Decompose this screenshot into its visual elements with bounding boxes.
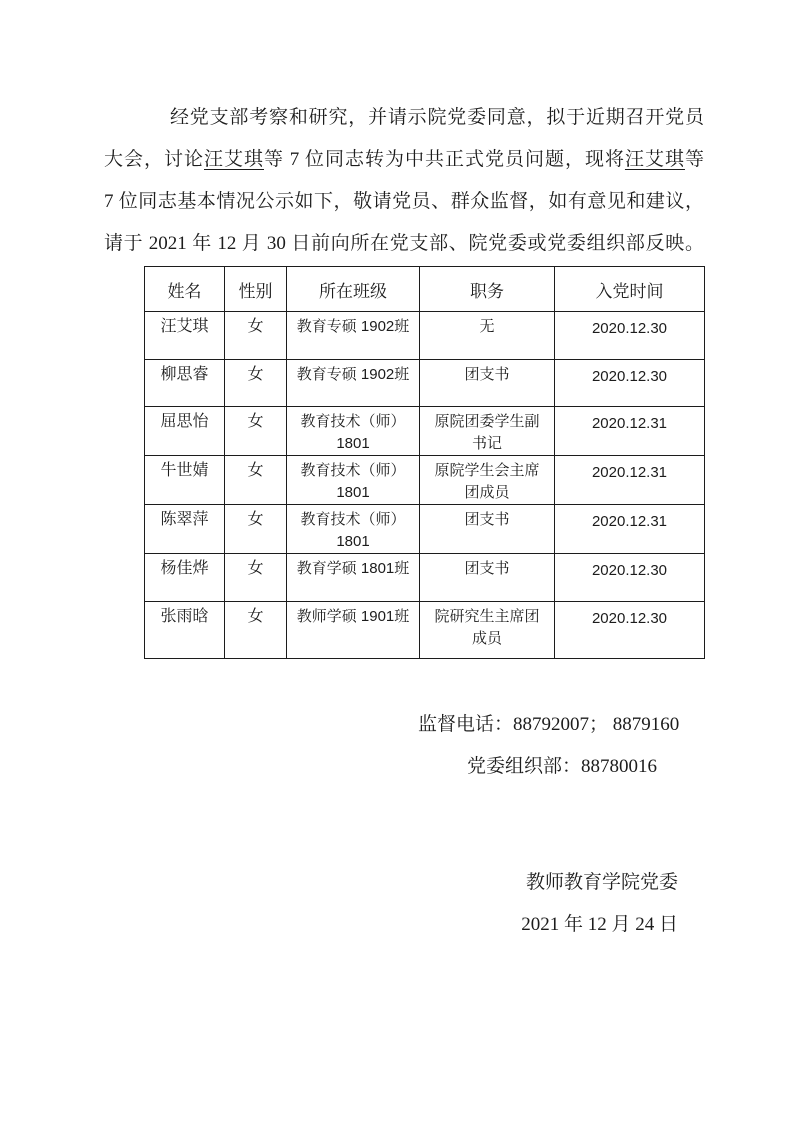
table-cell: 柳思睿 (145, 360, 225, 407)
table-cell: 女 (225, 554, 287, 602)
table-cell: 原院学生会主席团成员 (420, 456, 555, 505)
table-cell: 团支书 (420, 360, 555, 407)
table-cell: 女 (225, 505, 287, 554)
table-cell: 杨佳烨 (145, 554, 225, 602)
table-cell: 女 (225, 312, 287, 360)
table-cell: 2020.12.31 (555, 505, 705, 554)
table-cell: 教育专硕 1902班 (287, 360, 420, 407)
table-header-row: 姓名性别所在班级职务入党时间 (145, 267, 705, 312)
table-cell: 教育技术（师）1801 (287, 407, 420, 456)
column-header: 性别 (225, 267, 287, 312)
document-page: 经党支部考察和研究，并请示院党委同意，拟于近期召开党员大会，讨论汪艾琪等 7 位… (0, 0, 793, 1122)
text-segment: 等 (685, 149, 704, 170)
table-cell: 女 (225, 456, 287, 505)
table-cell: 2020.12.30 (555, 360, 705, 407)
table-cell: 教育技术（师）1801 (287, 456, 420, 505)
table-cell: 院研究生主席团成员 (420, 602, 555, 659)
table-cell: 女 (225, 407, 287, 456)
paragraph-line: 经党支部考察和研究，并请示院党委同意，拟于近期召开党员 (104, 97, 704, 139)
table-row: 杨佳烨女教育学硕 1801班团支书2020.12.30 (145, 554, 705, 602)
table-cell: 2020.12.31 (555, 407, 705, 456)
table-row: 柳思睿女教育专硕 1902班团支书2020.12.30 (145, 360, 705, 407)
announcement-paragraph: 经党支部考察和研究，并请示院党委同意，拟于近期召开党员大会，讨论汪艾琪等 7 位… (104, 97, 704, 265)
table-cell: 2020.12.30 (555, 312, 705, 360)
table-cell: 团支书 (420, 554, 555, 602)
table-cell: 牛世婧 (145, 456, 225, 505)
table-cell: 张雨晗 (145, 602, 225, 659)
paragraph-line: 大会，讨论汪艾琪等 7 位同志转为中共正式党员问题，现将汪艾琪等 (104, 139, 704, 181)
table-row: 汪艾琪女教育专硕 1902班无2020.12.30 (145, 312, 705, 360)
table-row: 牛世婧女教育技术（师）1801原院学生会主席团成员2020.12.31 (145, 456, 705, 505)
table-cell: 教师学硕 1901班 (287, 602, 420, 659)
column-header: 所在班级 (287, 267, 420, 312)
table-cell: 2020.12.30 (555, 554, 705, 602)
table-cell: 原院团委学生副书记 (420, 407, 555, 456)
organization-department-phone-line: 党委组织部：88780016 (467, 746, 704, 788)
table-cell: 无 (420, 312, 555, 360)
paragraph-line: 7 位同志基本情况公示如下，敬请党员、群众监督，如有意见和建议， (104, 181, 704, 223)
table-header-row: 姓名性别所在班级职务入党时间 (145, 267, 705, 312)
text-segment: 经党支部考察和研究，并请示院党委同意，拟于近期召开党员 (170, 107, 704, 128)
table-cell: 教育学硕 1801班 (287, 554, 420, 602)
table-row: 张雨晗女教师学硕 1901班院研究生主席团成员2020.12.30 (145, 602, 705, 659)
table-cell: 屈思怡 (145, 407, 225, 456)
paragraph-line: 请于 2021 年 12 月 30 日前向所在党支部、院党委或党委组织部反映。 (104, 223, 704, 265)
underlined-name-segment: 汪艾琪 (204, 149, 264, 170)
table-cell: 教育专硕 1902班 (287, 312, 420, 360)
candidate-roster-table: 姓名性别所在班级职务入党时间 汪艾琪女教育专硕 1902班无2020.12.30… (144, 266, 705, 659)
table-cell: 教育技术（师）1801 (287, 505, 420, 554)
table-cell: 女 (225, 360, 287, 407)
table-row: 陈翠萍女教育技术（师）1801团支书2020.12.31 (145, 505, 705, 554)
contact-block: 监督电话：88792007； 8879160 党委组织部：88780016 (104, 704, 704, 788)
column-header: 入党时间 (555, 267, 705, 312)
column-header: 姓名 (145, 267, 225, 312)
table-cell: 团支书 (420, 505, 555, 554)
table-cell: 陈翠萍 (145, 505, 225, 554)
table-cell: 2020.12.31 (555, 456, 705, 505)
table-cell: 2020.12.30 (555, 602, 705, 659)
signature-organization: 教师教育学院党委 (104, 862, 678, 904)
text-segment: 请于 2021 年 12 月 30 日前向所在党支部、院党委或党委组织部反映。 (104, 233, 704, 254)
signature-date: 2021 年 12 月 24 日 (104, 904, 678, 946)
text-segment: 7 位同志基本情况公示如下，敬请党员、群众监督，如有意见和建议， (104, 191, 704, 212)
table-cell: 汪艾琪 (145, 312, 225, 360)
signature-block: 教师教育学院党委 2021 年 12 月 24 日 (104, 862, 704, 946)
text-segment: 等 7 位同志转为中共正式党员问题，现将 (264, 149, 625, 170)
table-row: 屈思怡女教育技术（师）1801原院团委学生副书记2020.12.31 (145, 407, 705, 456)
text-segment: 大会，讨论 (104, 149, 204, 170)
underlined-name-segment: 汪艾琪 (625, 149, 685, 170)
column-header: 职务 (420, 267, 555, 312)
document-content: 经党支部考察和研究，并请示院党委同意，拟于近期召开党员大会，讨论汪艾琪等 7 位… (104, 97, 704, 946)
supervision-phone-line: 监督电话：88792007； 8879160 (418, 704, 704, 746)
table-cell: 女 (225, 602, 287, 659)
